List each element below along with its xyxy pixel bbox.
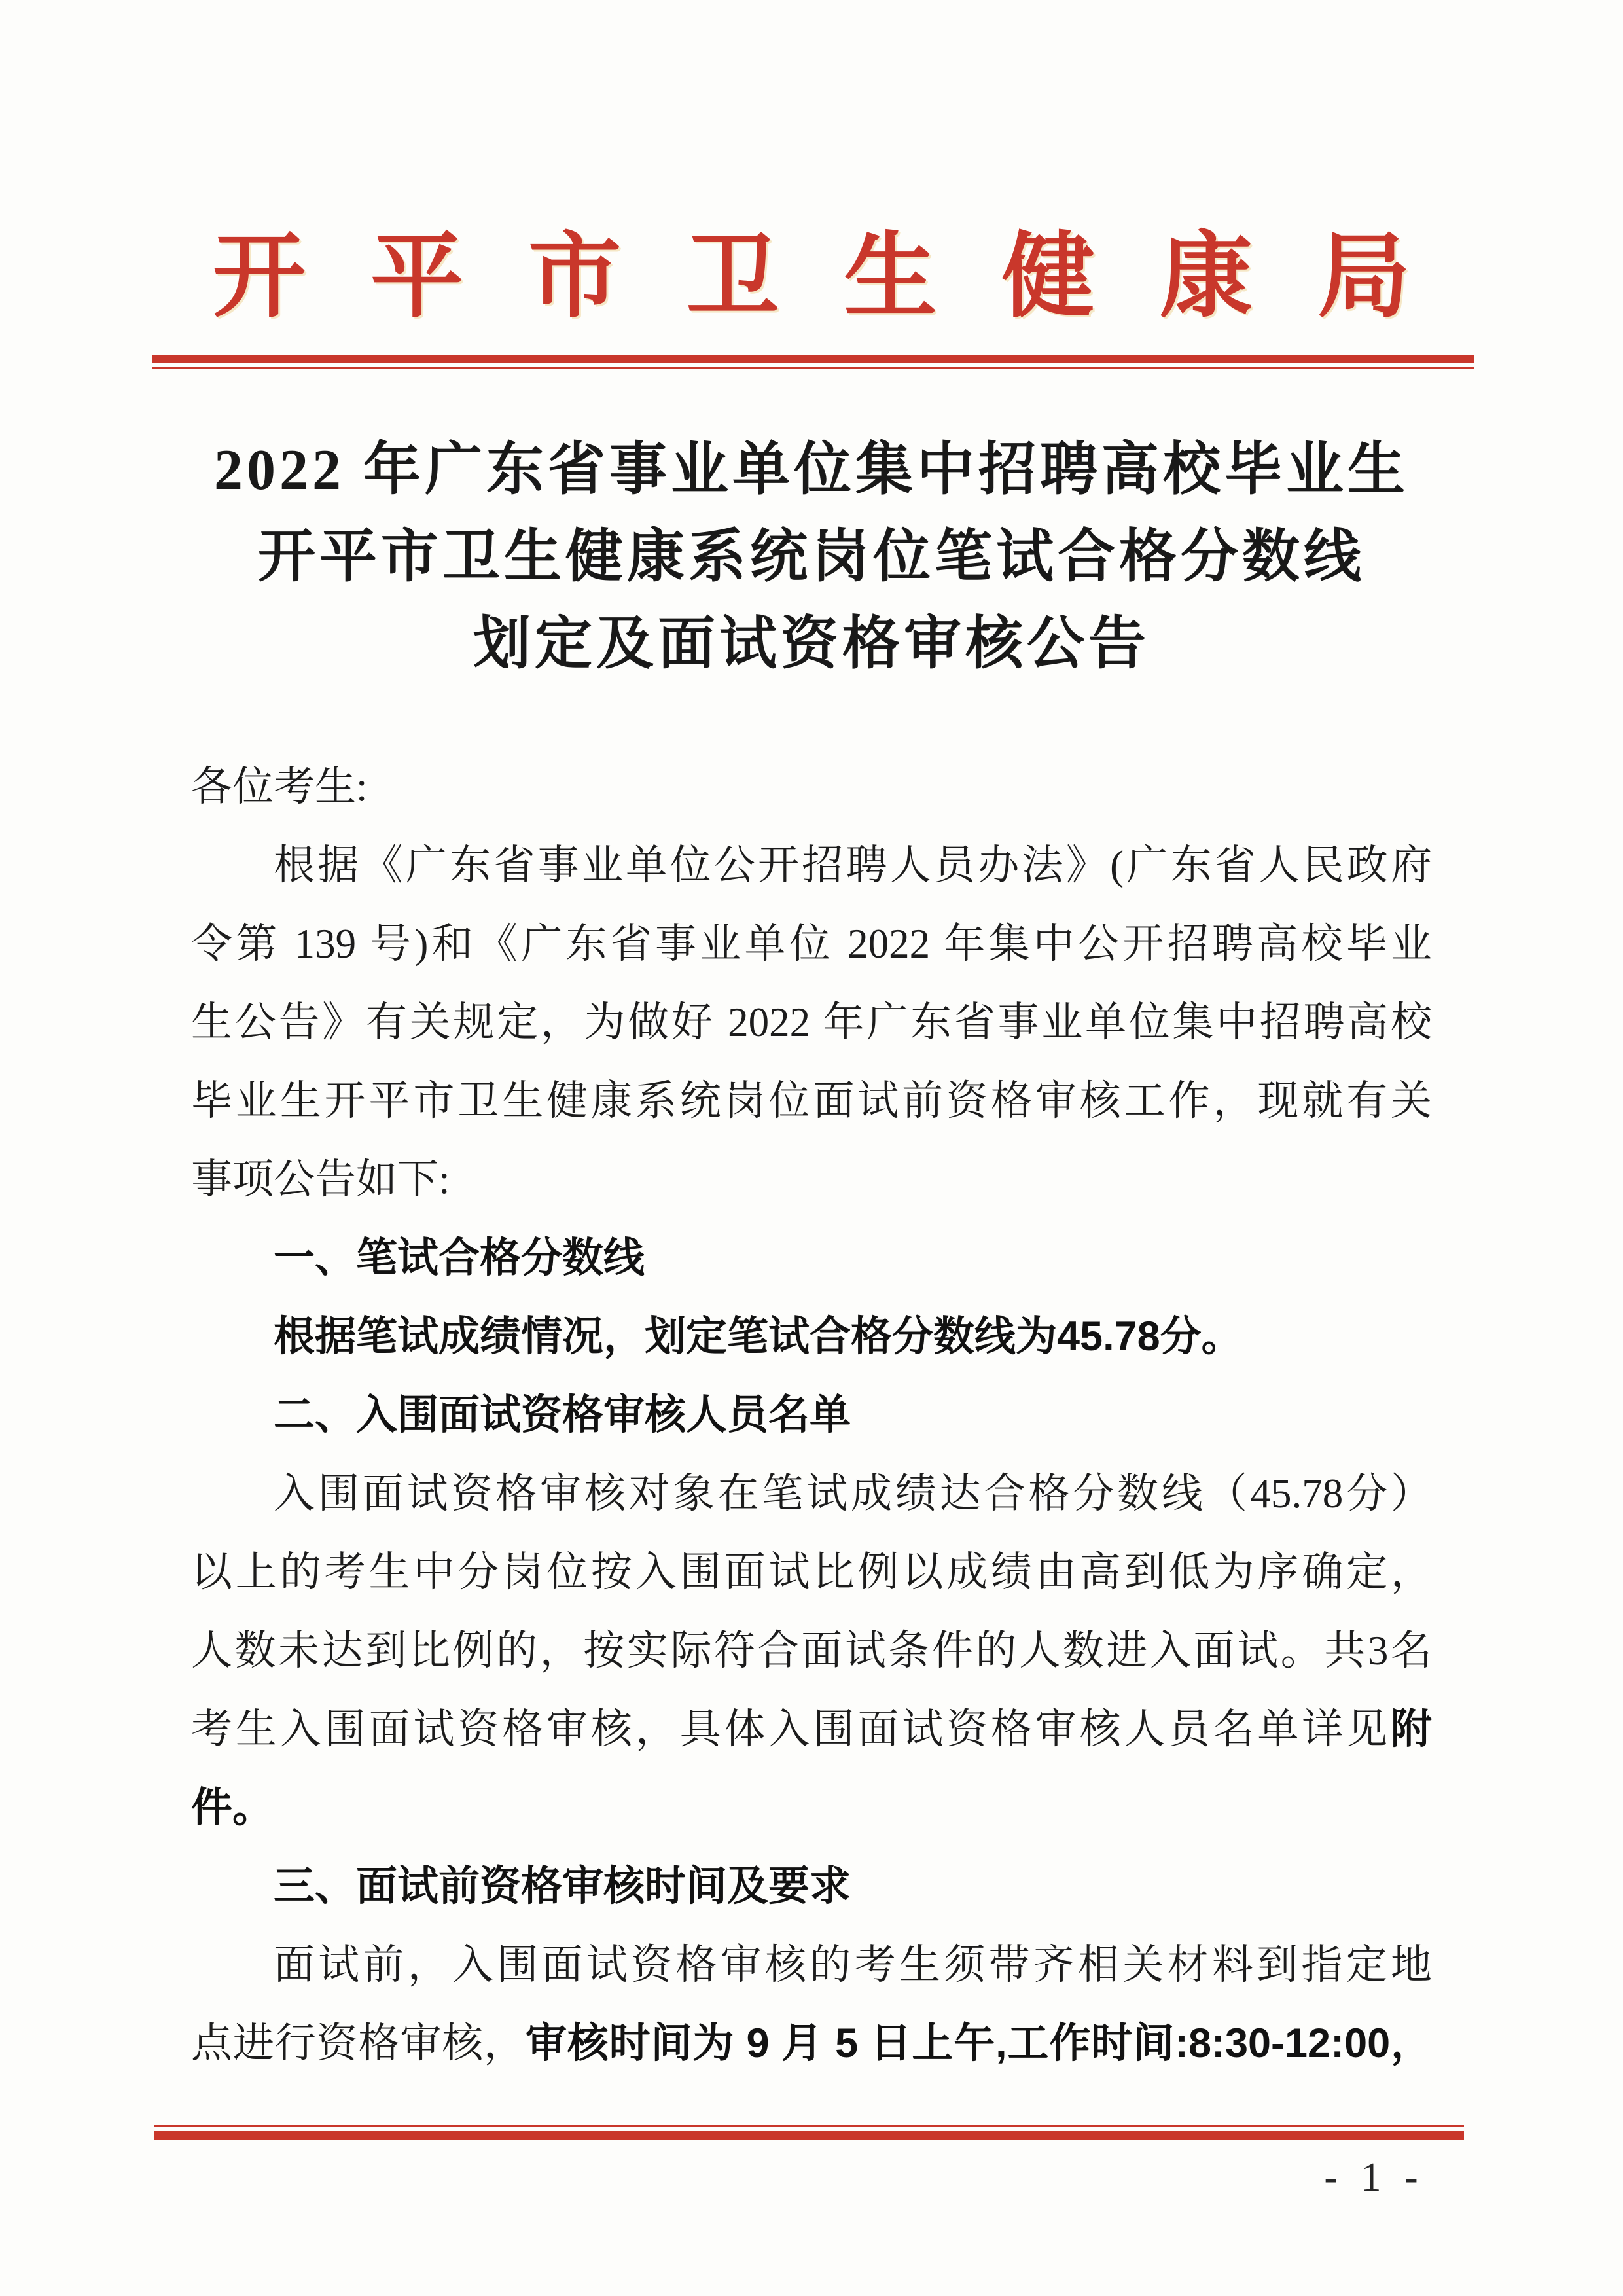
body-line: 件。 — [191, 1768, 1432, 1847]
letterhead-rule-thick — [152, 355, 1474, 363]
body-line: 入围面试资格审核对象在笔试成绩达合格分数线（45.78分） — [191, 1454, 1432, 1533]
document-page: 开 平 市 卫 生 健 康 局 2022 年广东省事业单位集中招聘高校毕业生 开… — [0, 0, 1623, 2296]
agency-char: 市 — [528, 202, 621, 335]
agency-letterhead-title: 开 平 市 卫 生 健 康 局 — [213, 216, 1410, 321]
document-body: 各位考生: 根据《广东省事业单位公开招聘人员办法》(广东省人民政府 令第 139… — [191, 747, 1432, 2083]
body-line: 事项公告如下: — [191, 1140, 1432, 1219]
agency-char: 局 — [1317, 202, 1410, 335]
body-run-bold: 附 — [1391, 1706, 1432, 1752]
section-heading-3: 三、面试前资格审核时间及要求 — [191, 1847, 1432, 1926]
footer-rule-thin — [154, 2125, 1464, 2127]
agency-char: 卫 — [686, 202, 779, 335]
body-run: 考生入围面试资格审核，具体入围面试资格审核人员名单详见 — [191, 1706, 1391, 1752]
body-line: 点进行资格审核，审核时间为 9 月 5 日上午,工作时间:8:30-12:00， — [191, 2004, 1432, 2083]
body-line: 生公告》有关规定，为做好 2022 年广东省事业单位集中招聘高校 — [191, 983, 1432, 1062]
body-line: 面试前，入围面试资格审核的考生须带齐相关材料到指定地 — [191, 1926, 1432, 2004]
footer-rule-thick — [154, 2131, 1464, 2140]
agency-char: 健 — [1002, 202, 1095, 335]
page-number: - 1 - — [1309, 2155, 1440, 2201]
letterhead-rule-thin — [152, 367, 1474, 369]
body-line: 令第 139 号)和《广东省事业单位 2022 年集中公开招聘高校毕业 — [191, 905, 1432, 983]
body-line: 以上的考生中分岗位按入围面试比例以成绩由高到低为序确定， — [191, 1533, 1432, 1611]
body-line: 人数未达到比例的，按实际符合面试条件的人数进入面试。共3名 — [191, 1611, 1432, 1690]
score-line: 根据笔试成绩情况，划定笔试合格分数线为45.78分。 — [191, 1297, 1432, 1376]
section-heading-1: 一、笔试合格分数线 — [191, 1219, 1432, 1297]
salutation-line: 各位考生: — [191, 747, 1432, 826]
body-run: 点进行资格审核， — [191, 2020, 526, 2066]
document-title: 2022 年广东省事业单位集中招聘高校毕业生 开平市卫生健康系统岗位笔试合格分数… — [0, 427, 1623, 688]
body-line: 根据《广东省事业单位公开招聘人员办法》(广东省人民政府 — [191, 826, 1432, 905]
document-title-line-1: 2022 年广东省事业单位集中招聘高校毕业生 — [0, 427, 1623, 514]
agency-char: 生 — [844, 202, 937, 335]
agency-char: 康 — [1160, 202, 1253, 335]
agency-char: 开 — [213, 202, 306, 335]
agency-char: 平 — [370, 202, 463, 335]
document-title-line-3: 划定及面试资格审核公告 — [0, 601, 1623, 688]
body-line: 考生入围面试资格审核，具体入围面试资格审核人员名单详见附 — [191, 1690, 1432, 1768]
document-title-line-2: 开平市卫生健康系统岗位笔试合格分数线 — [0, 514, 1623, 601]
section-heading-2: 二、入围面试资格审核人员名单 — [191, 1376, 1432, 1454]
body-line: 毕业生开平市卫生健康系统岗位面试前资格审核工作，现就有关 — [191, 1062, 1432, 1140]
body-run-bold: 审核时间为 9 月 5 日上午,工作时间:8:30-12:00， — [526, 2020, 1432, 2066]
